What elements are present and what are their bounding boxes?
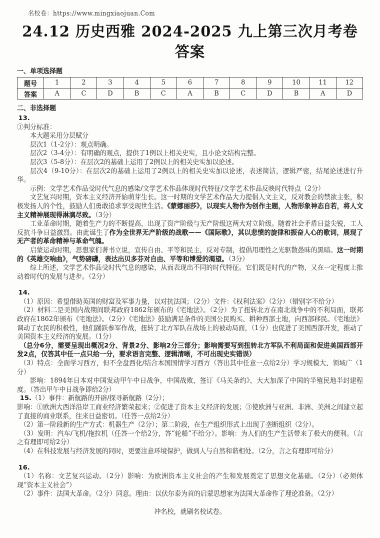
answer-text: 层次3（5-8分）：在层次2的基础上运用了2例以上的相关史实加以论述。 bbox=[30, 158, 238, 166]
question-number-cell: 9 bbox=[256, 77, 283, 88]
answer-paragraph: 综上所述，文学艺术作品受时代气息的感染，从而表现出不同的时代特征。它们既是时代的… bbox=[17, 264, 363, 282]
answer-paragraph: （3）发明：汽车/飞机/拖拉机（任答一个给2分，答“轮船”不给分）。影响：为人们… bbox=[17, 429, 363, 447]
answer-text: （3）特点：全面学习西方，但不全盘西化/结合本国国情学习西方（答出其中任意一点给… bbox=[17, 360, 363, 376]
answer-paragraph: （2）第一阶段新的生产方式：机器生产（2分）；第二阶段，在生产组织形式上出现了垄… bbox=[17, 421, 363, 430]
document-viewport: 名校卷：https://www.mingxiaojuan.Com 24.12 历… bbox=[0, 0, 380, 538]
section-heading-essay: 二、非选择题 bbox=[17, 103, 363, 113]
document-page: 名校卷：https://www.mingxiaojuan.Com 24.12 历… bbox=[0, 0, 380, 538]
question-number-cell: 10 bbox=[283, 77, 310, 88]
answer-text: ①判分标准： bbox=[17, 123, 56, 131]
answer-text: （3分） bbox=[228, 255, 248, 263]
answer-text: 影响：1894年日本对中国发动甲午中日战争，中国战败，签订《马关条约》，大大加深… bbox=[17, 377, 363, 393]
answer-paragraph: 影响：1894年日本对中国发动甲午中日战争，中国战败，签订《马关条约》，大大加深… bbox=[17, 377, 363, 395]
answer-letter-cell: C bbox=[230, 88, 257, 99]
answer-text: （1）原因：希望借助英国的财富及军事力量，以对抗法国；（2分）文件：《权利法案》… bbox=[20, 298, 338, 306]
answer-paragraph: 层次2（3-4分）：有明确的观点，提供了1例以上相关史实，且小论文结构完整。 bbox=[17, 149, 363, 158]
answer-text: （2）第一阶段新的生产方式：机器生产（2分）；第二阶段，在生产组织形式上出现了垄… bbox=[20, 421, 318, 429]
answer-letter-cell: C bbox=[150, 88, 177, 99]
answer-text: 本大题采用分层赋分 bbox=[30, 132, 89, 140]
answer-text: （4）在科技发展与经济发展的同时，更要注意环境保护，做到人与自然和谐相处。（2分… bbox=[20, 447, 337, 455]
answer-text: 示例：文学艺术作品受时代气息的感染/文学艺术作品体现时代特征/文学艺术作品反映时… bbox=[30, 185, 325, 193]
answer-paragraph: 层次1（1-2分）：观点明确。 bbox=[17, 140, 363, 149]
answer-text: 层次1（1-2分）：观点明确。 bbox=[30, 141, 113, 149]
answer-paragraph: 示例：文学艺术作品受时代气息的感染/文学艺术作品体现时代特征/文学艺术作品反映时… bbox=[17, 184, 363, 193]
answer-paragraph: （总分6分，需要呈现出概况2分、背景2分、影响2分三部分；影响需要写到扭转北方军… bbox=[17, 341, 363, 359]
answer-text-bold: （总分6分，需要呈现出概况2分、背景2分、影响2分三部分；影响需要写到扭转北方军… bbox=[17, 342, 363, 358]
answer-letter-cell: A bbox=[44, 88, 71, 99]
answer-letter-cell: D bbox=[336, 88, 363, 99]
question-15-number: 15.（1）事件：新航路的开辟/探寻新航路（2分）； bbox=[17, 394, 363, 403]
answer-letter-cell: B bbox=[283, 88, 310, 99]
answer-table: 题号 123456789101112 答案 ACDBCABCDBAD bbox=[17, 77, 363, 100]
answer-text: 启蒙运动时期，思想家们著书立说，宣传自由、平等和民主，反对专制，提倡用理性之光驱… bbox=[30, 246, 337, 254]
question-number-cell: 6 bbox=[177, 77, 204, 88]
answer-text-bold: 16. bbox=[18, 464, 30, 472]
answer-text-bold: 13. bbox=[18, 115, 30, 123]
answer-paragraph: ①判分标准： bbox=[17, 123, 363, 132]
table-answer-row: 答案 ACDBCABCDBAD bbox=[17, 88, 363, 99]
table-number-row: 题号 123456789101112 bbox=[17, 77, 363, 88]
row-label-number: 题号 bbox=[17, 77, 44, 88]
answer-paragraph: （1）原因：希望借助英国的财富及军事力量，以对抗法国；（2分）文件：《权利法案》… bbox=[17, 297, 363, 306]
answer-paragraph: 启蒙运动时期，思想家们著书立说，宣传自由、平等和民主，反对专制，提倡用理性之光驱… bbox=[17, 246, 363, 264]
answer-text: （3分） bbox=[95, 211, 115, 219]
question-number-cell: 8 bbox=[230, 77, 257, 88]
question-number-cell: 5 bbox=[150, 77, 177, 88]
answer-paragraph: 层次4（9-10分）：在层次2的基础上运用了2例以上的相关史实加以论述，表述简洁… bbox=[17, 167, 363, 185]
question-number-cell: 2 bbox=[70, 77, 97, 88]
answer-text: （2）材料二是美国内战期间联邦政府1862年颁布的《宅地法》。（2分）为了扭转北… bbox=[17, 307, 363, 341]
answer-text-bold: 15. bbox=[20, 395, 32, 403]
answer-letter-cell: B bbox=[203, 88, 230, 99]
question-number-cell: 3 bbox=[97, 77, 124, 88]
question-number-cell: 1 bbox=[44, 77, 71, 88]
answer-text: （2）事件：法国大革命。（2分）同意。理由：以伏尔泰为首的启蒙思想家为法国大革命… bbox=[20, 490, 338, 498]
answer-paragraph: 层次3（5-8分）：在层次2的基础上运用了2例以上的相关史实加以论述。 bbox=[17, 158, 363, 167]
row-label-answer: 答案 bbox=[17, 88, 44, 99]
answer-paragraph: （3）特点：全面学习西方，但不全盘西化/结合本国国情学习西方（答出其中任意一点给… bbox=[17, 359, 363, 377]
answer-paragraph: （2）材料二是美国内战期间联邦政府1862年颁布的《宅地法》。（2分）为了扭转北… bbox=[17, 306, 363, 341]
answer-text: （3）发明：汽车/飞机/拖拉机（任答一个给2分，答“轮船”不给分）。影响：为人们… bbox=[17, 430, 363, 446]
answer-paragraph: 本大题采用分层赋分 bbox=[17, 132, 363, 141]
answer-text: （1）事件：新航路的开辟/探寻新航路（2分）； bbox=[31, 395, 168, 403]
site-label: 名校卷：https://www.mingxiaojuan.Com bbox=[28, 9, 363, 18]
answer-paragraph: （1）名称：文艺复兴运动。（2分）影响：为欧洲资本主义社会的产生和发展奠定了思想… bbox=[17, 472, 363, 490]
answer-text: （1）名称：文艺复兴运动。（2分）影响：为欧洲资本主义社会的产生和发展奠定了思想… bbox=[17, 473, 363, 489]
footer-slogan: 冲名校，就刷名校试卷。 bbox=[17, 507, 363, 516]
question-number-cell: 11 bbox=[310, 77, 337, 88]
section-heading-choice: 一、单项选择题 bbox=[17, 66, 363, 76]
question-14-number: 14. bbox=[17, 289, 363, 298]
answer-text-bold: 14. bbox=[18, 289, 30, 297]
question-13-number: 13. bbox=[17, 114, 363, 123]
answer-paragraph: 影响：①欧洲大西洋沿岸工商业经济繁荣起来；②促进了资本主义经济的发展；③使欧洲与… bbox=[17, 403, 363, 421]
answer-paragraph: 工业革命时期，随着生产力的不断提高，出现了资产阶级与无产阶级这两大对立阶级。随着… bbox=[17, 220, 363, 246]
answer-letter-cell: B bbox=[124, 88, 151, 99]
question-number-cell: 12 bbox=[336, 77, 363, 88]
question-number-cell: 4 bbox=[124, 77, 151, 88]
answer-letter-cell: D bbox=[97, 88, 124, 99]
answer-text: 冲名校，就刷名校试卷。 bbox=[154, 508, 226, 516]
answer-letter-cell: C bbox=[70, 88, 97, 99]
answer-paragraph: 文艺复兴时期，资本主义经济开始萌芽生长。这一时期的文学艺术作品大力提倡人文主义，… bbox=[17, 193, 363, 219]
answer-text: 综上所述，文学艺术作品受时代气息的感染，从而表现出不同的时代特征。它们既是时代的… bbox=[17, 264, 363, 280]
answer-text: 影响：①欧洲大西洋沿岸工商业经济繁荣起来；②促进了资本主义经济的发展；③使欧洲与… bbox=[17, 404, 363, 420]
answer-letter-cell: A bbox=[177, 88, 204, 99]
answer-letter-cell: A bbox=[310, 88, 337, 99]
answer-letter-cell: D bbox=[256, 88, 283, 99]
page-title: 24.12 历史西雅 2024-2025 九上第三次月考卷答案 bbox=[17, 21, 363, 62]
question-16-number: 16. bbox=[17, 463, 363, 472]
answer-text: 层次2（3-4分）：有明确的观点，提供了1例以上相关史实，且小论文结构完整。 bbox=[30, 150, 260, 158]
answer-text: 层次4（9-10分）：在层次2的基础上运用了2例以上的相关史实加以论述，表述简洁… bbox=[17, 167, 363, 183]
answer-paragraph: （4）在科技发展与经济发展的同时，更要注意环境保护，做到人与自然和谐相处。（2分… bbox=[17, 447, 363, 456]
question-number-cell: 7 bbox=[203, 77, 230, 88]
answers-body: 13.①判分标准：本大题采用分层赋分层次1（1-2分）：观点明确。层次2（3-4… bbox=[17, 114, 363, 516]
answer-paragraph: （2）事件：法国大革命。（2分）同意。理由：以伏尔泰为首的启蒙思想家为法国大革命… bbox=[17, 490, 363, 499]
